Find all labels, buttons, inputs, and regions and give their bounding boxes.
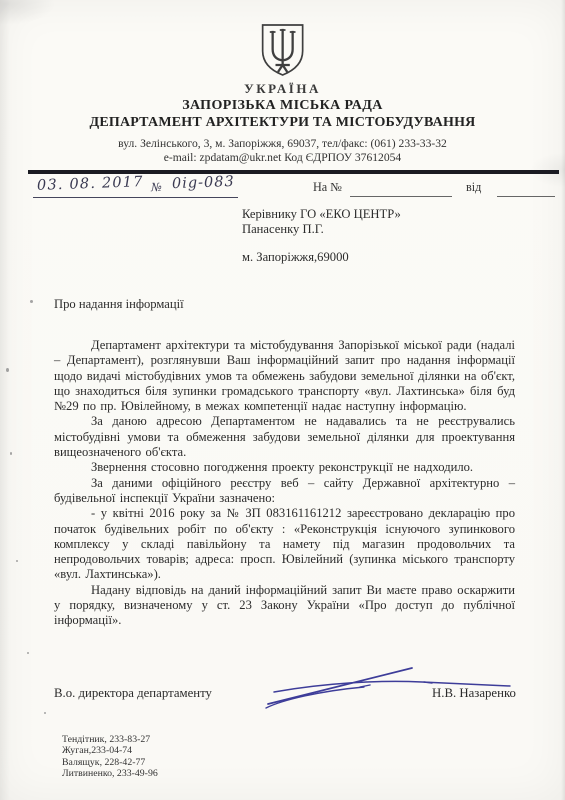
scanned-letter-page: УКРАЇНА ЗАПОРІЗЬКА МІСЬКА РАДА ДЕПАРТАМЕ…	[0, 0, 565, 800]
reply-no-label: На №	[313, 180, 342, 195]
footer-contact: Валящук, 228-42-77	[62, 757, 158, 768]
reply-from-blank-line	[497, 195, 555, 197]
body-paragraph: Надану відповідь на даний інформаційний …	[54, 583, 515, 629]
body-paragraph: - у квітні 2016 року за № ЗП 08316116121…	[54, 506, 515, 582]
org-address-line: вул. Зелінського, 3, м. Запоріжжя, 69037…	[0, 137, 565, 150]
recipient-line2: Панасенку П.Г.	[242, 222, 401, 237]
handwritten-number-sign: №	[151, 180, 162, 194]
reply-no-blank-line	[350, 195, 452, 197]
footer-contacts: Тендітник, 233-83-27 Жуган,233-04-74 Вал…	[62, 734, 158, 780]
org-name-line2: ДЕПАРТАМЕНТ АРХІТЕКТУРИ ТА МІСТОБУДУВАНН…	[0, 115, 565, 131]
reply-from-label: від	[466, 180, 481, 195]
recipient-line1: Керівнику ГО «ЕКО ЦЕНТР»	[242, 207, 401, 222]
handwritten-doc-number: 0іg-083	[172, 174, 235, 192]
scan-speck	[6, 368, 9, 372]
ukraine-trident-icon	[244, 22, 321, 78]
body-paragraph: Звернення стосовно погодження проекту ре…	[54, 460, 515, 475]
country-label: УКРАЇНА	[244, 81, 321, 97]
org-name-line1: ЗАПОРІЗЬКА МІСЬКА РАДА	[0, 98, 565, 114]
subject-line: Про надання інформації	[54, 297, 184, 312]
body-paragraph: Департамент архітектури та містобудуванн…	[54, 338, 515, 414]
recipient-city-line: м. Запоріжжя,69000	[242, 250, 349, 265]
signer-name: Н.В. Назаренко	[432, 686, 516, 701]
footer-contact: Литвиненко, 233-49-96	[62, 768, 158, 779]
footer-contact: Жуган,233-04-74	[62, 745, 158, 756]
handwritten-date: 03. 08. 2017	[37, 174, 144, 194]
recipient-block: Керівнику ГО «ЕКО ЦЕНТР» Панасенку П.Г.	[242, 207, 401, 237]
scan-speck	[16, 560, 18, 562]
scan-speck	[30, 300, 33, 303]
footer-contact: Тендітник, 233-83-27	[62, 734, 158, 745]
org-contact-line: e-mail: zpdatam@ukr.net Код ЄДРПОУ 37612…	[0, 151, 565, 164]
signer-title: В.о. директора департаменту	[54, 686, 212, 701]
scan-speck	[27, 652, 29, 654]
scan-speck	[44, 712, 46, 714]
body-paragraph: За даною адресою Департаментом не надава…	[54, 414, 515, 460]
letterhead-divider-rule	[28, 170, 559, 174]
letter-body: Департамент архітектури та містобудуванн…	[54, 338, 515, 629]
body-paragraph: За даними офіційного реєстру веб – сайту…	[54, 476, 515, 507]
handwritten-date-underline	[33, 196, 175, 198]
handwritten-number-underline	[166, 196, 238, 198]
letterhead-crest: УКРАЇНА	[244, 22, 321, 97]
scan-speck	[10, 452, 12, 455]
